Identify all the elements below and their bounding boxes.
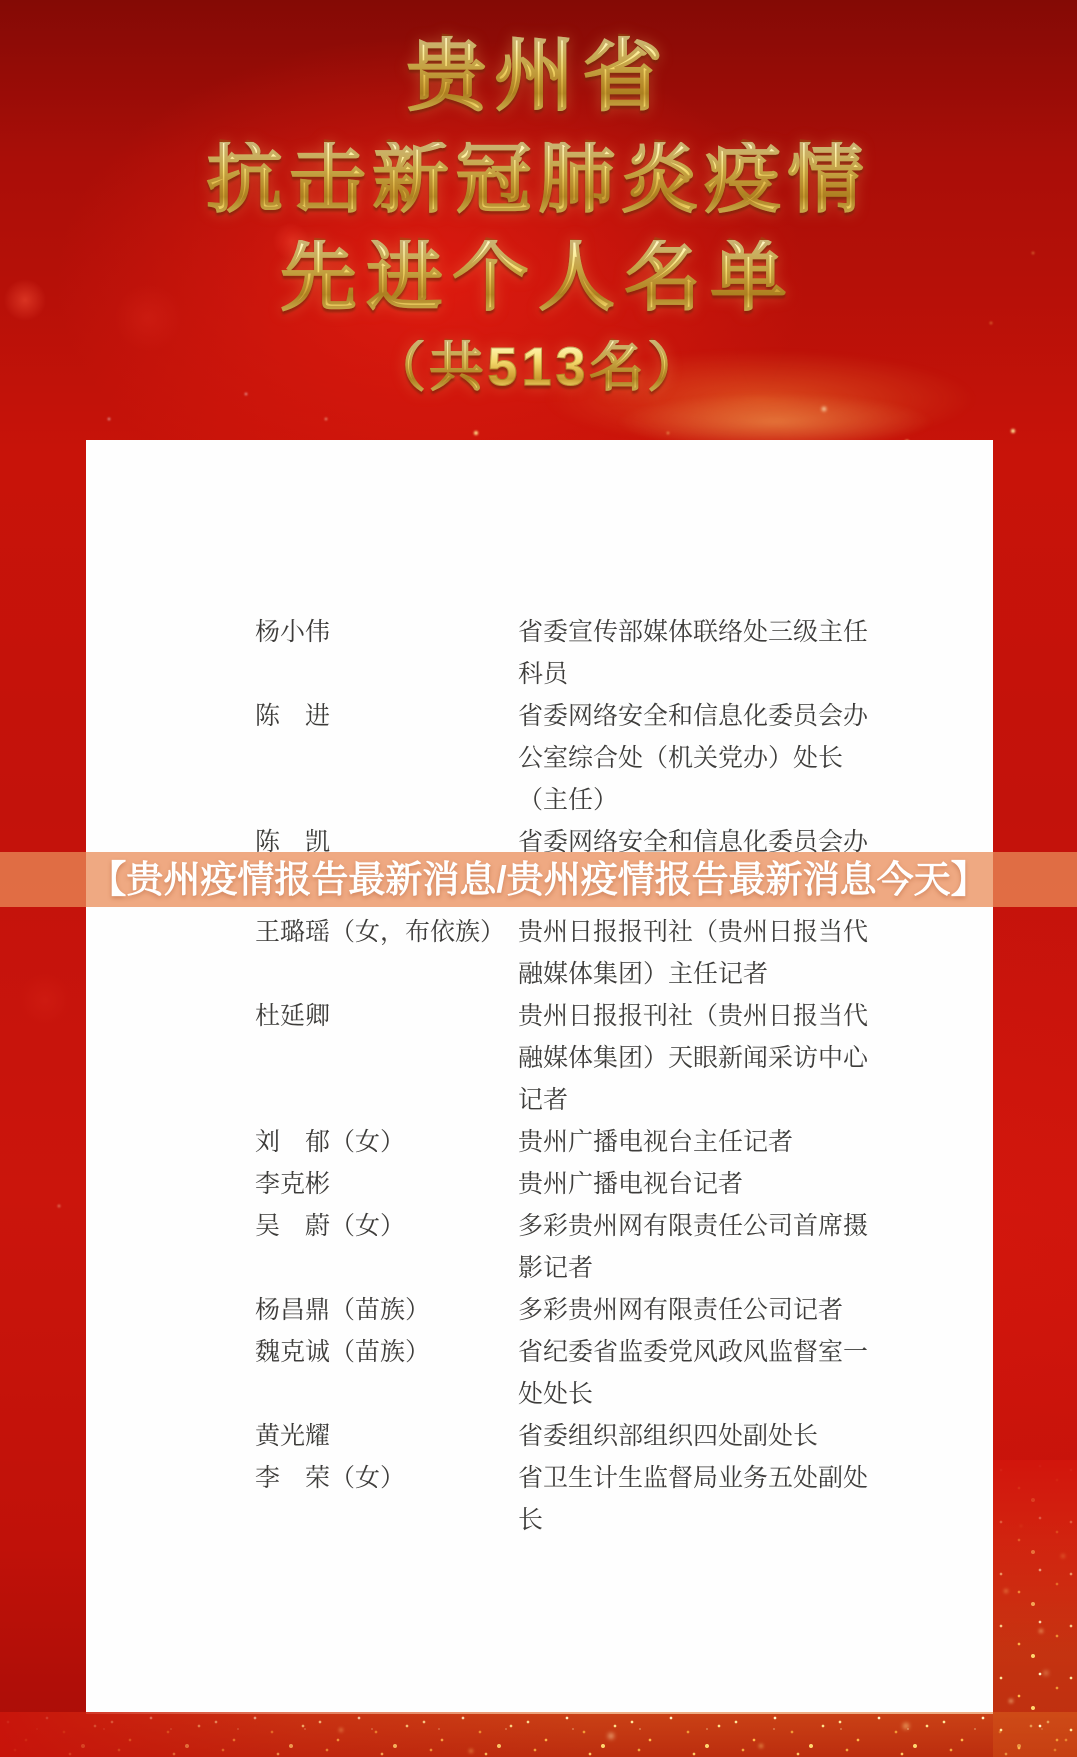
person-position: 多彩贵州网有限责任公司记者 — [518, 1290, 874, 1332]
list-item: 刘 郁（女） 贵州广播电视台主任记者 — [86, 1122, 993, 1164]
person-name: 杨小伟 — [255, 612, 518, 654]
person-name: 刘 郁（女） — [255, 1122, 518, 1164]
list-item: 黄光耀 省委组织部组织四处副处长 — [86, 1416, 993, 1458]
gold-sparkle-dots — [0, 0, 2, 2]
poster-title-line-3: 先进个人名单 — [0, 240, 1077, 316]
person-name: 魏克诚（苗族） — [255, 1332, 518, 1374]
person-name: 吴 蔚（女） — [255, 1206, 518, 1248]
poster-page: { "poster": { "title_lines": ["贵州省", "抗击… — [0, 0, 1077, 1757]
person-name: 王璐瑶（女，布依族） — [255, 912, 518, 954]
person-position: 贵州日报报刊社（贵州日报当代融媒体集团）主任记者 — [518, 912, 874, 996]
award-list-top: 杨小伟 省委宣传部媒体联络处三级主任科员 陈 进 省委网络安全和信息化委员会办公… — [86, 612, 993, 864]
person-name: 陈 进 — [255, 696, 518, 738]
list-item: 李克彬 贵州广播电视台记者 — [86, 1164, 993, 1206]
poster-title-line-2: 抗击新冠肺炎疫情 — [0, 142, 1077, 218]
news-headline-text: 【贵州疫情报告最新消息/贵州疫情报告最新消息今天】 — [89, 861, 987, 898]
list-item: 杨小伟 省委宣传部媒体联络处三级主任科员 — [86, 612, 993, 696]
person-name: 杜延卿 — [255, 996, 518, 1038]
list-item: 杨昌鼎（苗族） 多彩贵州网有限责任公司记者 — [86, 1290, 993, 1332]
document-paper: 杨小伟 省委宣传部媒体联络处三级主任科员 陈 进 省委网络安全和信息化委员会办公… — [86, 440, 993, 1714]
list-item: 吴 蔚（女） 多彩贵州网有限责任公司首席摄影记者 — [86, 1206, 993, 1290]
person-position: 贵州广播电视台主任记者 — [518, 1122, 874, 1164]
list-item: 杜延卿 贵州日报报刊社（贵州日报当代融媒体集团）天眼新闻采访中心记者 — [86, 996, 993, 1122]
news-headline-banner: 【贵州疫情报告最新消息/贵州疫情报告最新消息今天】 — [0, 852, 1077, 907]
person-position: 省卫生计生监督局业务五处副处长 — [518, 1458, 874, 1542]
person-position: 省委组织部组织四处副处长 — [518, 1416, 874, 1458]
list-item: 李 荣（女） 省卫生计生监督局业务五处副处长 — [86, 1458, 993, 1542]
person-name: 黄光耀 — [255, 1416, 518, 1458]
list-item: 王璐瑶（女，布依族） 贵州日报报刊社（贵州日报当代融媒体集团）主任记者 — [86, 912, 993, 996]
list-item: 魏克诚（苗族） 省纪委省监委党风政风监督室一处处长 — [86, 1332, 993, 1416]
list-item: 陈 进 省委网络安全和信息化委员会办公室综合处（机关党办）处长（主任） — [86, 696, 993, 822]
person-position: 贵州日报报刊社（贵州日报当代融媒体集团）天眼新闻采访中心记者 — [518, 996, 874, 1122]
person-name: 杨昌鼎（苗族） — [255, 1290, 518, 1332]
person-name: 李克彬 — [255, 1164, 518, 1206]
gold-glitter-right-edge — [993, 1460, 1077, 1757]
award-list-bottom: 王璐瑶（女，布依族） 贵州日报报刊社（贵州日报当代融媒体集团）主任记者 杜延卿 … — [86, 912, 993, 1542]
person-position: 多彩贵州网有限责任公司首席摄影记者 — [518, 1206, 874, 1290]
person-position: 省委宣传部媒体联络处三级主任科员 — [518, 612, 874, 696]
gold-glitter-bottom-band — [0, 1712, 1077, 1757]
person-position: 省纪委省监委党风政风监督室一处处长 — [518, 1332, 874, 1416]
person-position: 省委网络安全和信息化委员会办公室综合处（机关党办）处长（主任） — [518, 696, 874, 822]
poster-title-count: （共513名） — [0, 340, 1077, 394]
poster-title-line-1: 贵州省 — [0, 36, 1077, 116]
person-position: 贵州广播电视台记者 — [518, 1164, 874, 1206]
person-name: 李 荣（女） — [255, 1458, 518, 1500]
